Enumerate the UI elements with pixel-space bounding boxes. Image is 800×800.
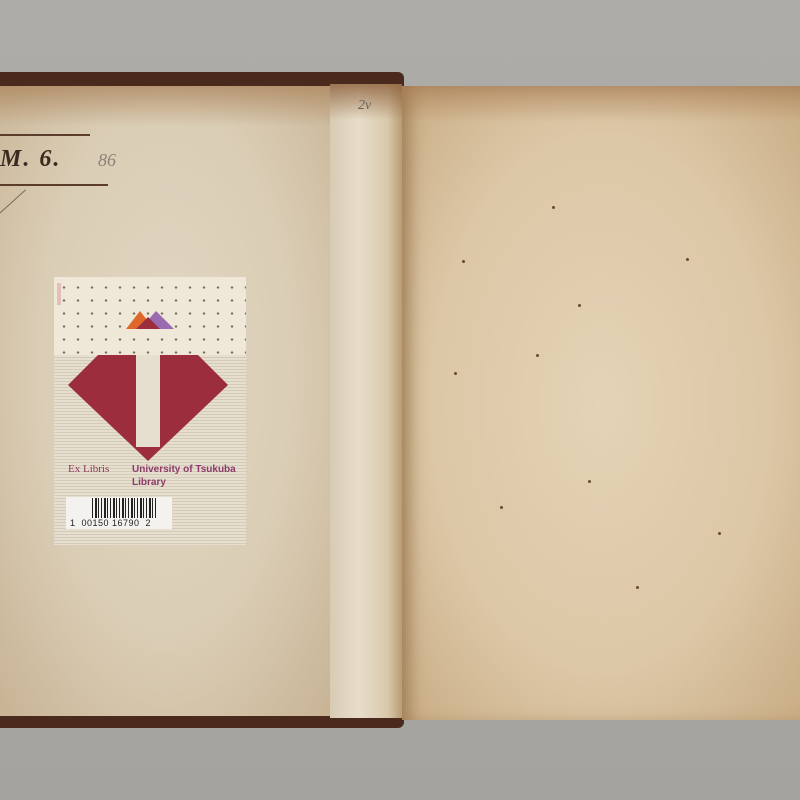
institution-line2: Library xyxy=(132,476,236,489)
diamond-t-emblem-icon xyxy=(68,355,228,463)
ruled-line xyxy=(0,184,108,186)
ex-libris-label: Ex Libris xyxy=(68,463,109,475)
barcode-label: 1 00150 16790 2 xyxy=(66,497,172,529)
barcode-icon xyxy=(92,498,156,518)
shelfmark: M. 6. xyxy=(0,146,61,173)
ex-libris-bookplate: Ex Libris University of Tsukuba Library … xyxy=(54,277,246,545)
ruled-line xyxy=(0,134,90,136)
ink-stroke xyxy=(0,189,26,217)
spine-note: 2v xyxy=(358,98,371,114)
institution-name: University of Tsukuba Library xyxy=(132,463,236,489)
mountain-logo-icon xyxy=(122,309,176,331)
barcode-number: 1 00150 16790 2 xyxy=(70,518,170,528)
printer-mark xyxy=(57,283,61,305)
institution-line1: University of Tsukuba xyxy=(132,463,236,476)
blank-flyleaf-page xyxy=(402,86,800,720)
hinge-flyleaf: 2v xyxy=(330,84,402,718)
pencil-note: 86 xyxy=(98,150,116,171)
